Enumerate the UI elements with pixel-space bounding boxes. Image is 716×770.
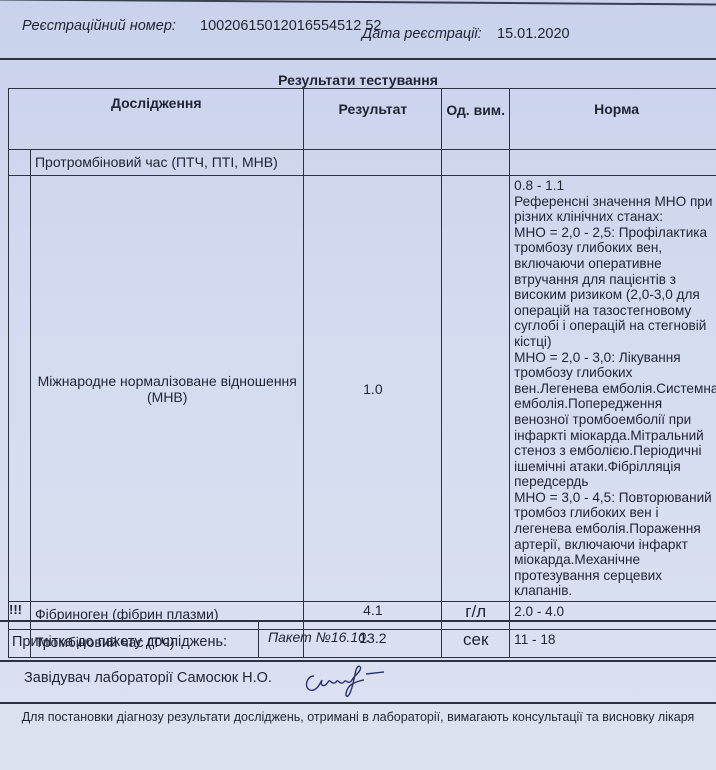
row-norm: 0.8 - 1.1 Референсні значення МНО при рі… — [510, 176, 716, 602]
header-unit: Од. вим. — [442, 89, 510, 150]
package-note: Примітка до пакету досліджень: Пакет №16… — [0, 620, 716, 662]
lab-head: Завідувач лабораторії Самосюк Н.О. — [24, 670, 272, 686]
results-title: Результати тестування — [0, 72, 716, 88]
row-result: 1.0 — [304, 176, 442, 602]
row-name: Протромбіновий час (ПТЧ, ПТІ, МНВ) — [30, 150, 304, 176]
registration-date-label: Дата реєстрації: — [362, 26, 482, 42]
note-separator — [258, 622, 259, 658]
row-unit — [442, 176, 510, 602]
note-value: Пакет №16.10. — [268, 629, 370, 645]
row-name: Міжнародне нормалізоване відношення (МНВ… — [30, 176, 304, 602]
disclaimer: Для постановки діагнозу результати дослі… — [0, 710, 716, 724]
header-norm: Норма — [510, 89, 716, 150]
row-flag — [9, 150, 31, 176]
table-row: Протромбіновий час (ПТЧ, ПТІ, МНВ) — [9, 150, 716, 176]
signature-icon — [300, 658, 420, 698]
table-header-row: Дослідження Результат Од. вим. Норма — [9, 89, 716, 150]
top-divider — [0, 0, 716, 5]
divider — [0, 58, 716, 60]
registration-number-label: Реєстраційний номер: — [22, 18, 176, 34]
row-unit — [442, 150, 510, 176]
divider — [0, 702, 716, 704]
row-flag — [9, 176, 31, 602]
header-result: Результат — [304, 89, 442, 150]
table-row: Міжнародне нормалізоване відношення (МНВ… — [9, 176, 716, 602]
header-study: Дослідження — [9, 89, 304, 150]
note-label: Примітка до пакету досліджень: — [12, 634, 227, 650]
registration-date-value: 15.01.2020 — [497, 26, 570, 42]
row-result — [304, 150, 442, 176]
results-table: Дослідження Результат Од. вим. Норма Про… — [8, 88, 716, 658]
row-norm — [510, 150, 716, 176]
